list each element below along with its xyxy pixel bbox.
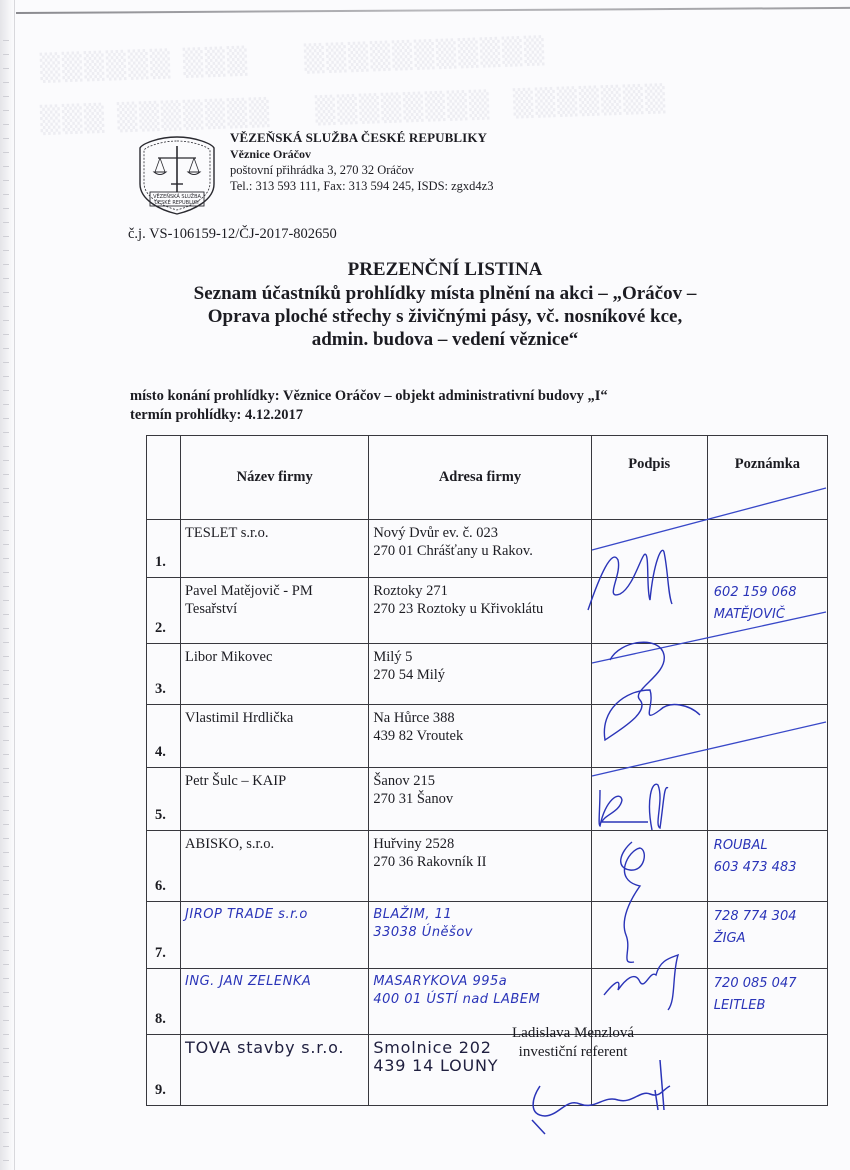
- subtitle-line: Seznam účastníků prohlídky místa plnění …: [100, 282, 790, 305]
- note-cell: [707, 705, 827, 768]
- attendance-table: Název firmy Adresa firmy Podpis Poznámka…: [146, 435, 828, 1106]
- row-number: 3.: [147, 644, 181, 705]
- note-line: 602 159 068: [714, 582, 827, 604]
- scan-edge-tick: [3, 96, 9, 97]
- note-cell: [707, 1035, 827, 1106]
- scan-edge-tick: [3, 572, 9, 573]
- scan-edge-tick: [3, 194, 9, 195]
- scan-edge-tick: [3, 222, 9, 223]
- firm-name-cell: ING. JAN ZELENKA: [181, 969, 369, 1035]
- scan-edge-tick: [3, 40, 9, 41]
- organization-name: VĚZEŇSKÁ SLUŽBA ČESKÉ REPUBLIKY: [230, 130, 493, 146]
- note-cell: [707, 520, 827, 578]
- scan-edge-top: [16, 7, 850, 14]
- scan-edge-tick: [3, 320, 9, 321]
- scan-edge-tick: [3, 1006, 9, 1007]
- scan-edge-tick: [3, 1034, 9, 1035]
- note-line: 720 085 047: [714, 973, 827, 995]
- firm-address-cell-line: 400 01 ÚSTÍ nad LABEM: [373, 991, 590, 1009]
- firm-address-cell-line: 270 23 Roztoky u Křivoklátu: [373, 600, 590, 618]
- note-cell: 602 159 068MATĚJOVIČ: [707, 578, 827, 644]
- row-number: 6.: [147, 831, 181, 902]
- row-number: 2.: [147, 578, 181, 644]
- firm-address-cell: Huřviny 2528270 36 Rakovník II: [369, 831, 591, 902]
- signature-cell: [591, 768, 707, 831]
- scan-edge-tick: [3, 530, 9, 531]
- firm-address-cell-line: 33038 Úněšov: [373, 924, 590, 942]
- scan-edge-tick: [3, 1076, 9, 1077]
- scan-edge-tick: [3, 838, 9, 839]
- note-line: ŽIGA: [714, 928, 827, 950]
- scan-edge-tick: [3, 54, 9, 55]
- subtitle-line: Oprava ploché střechy s živičnými pásy, …: [100, 305, 790, 328]
- scan-edge-tick: [3, 796, 9, 797]
- firm-address-cell: BLAŽIM, 1133038 Úněšov: [369, 902, 591, 969]
- column-header-signature: Podpis: [591, 436, 707, 520]
- bleed-through: ▒▒▒▒▒▒ ▒▒▒ ▒▒▒▒▒▒▒▒▒▒▒: [40, 36, 547, 84]
- scan-edge-tick: [3, 740, 9, 741]
- firm-address-cell-line: 270 31 Šanov: [373, 790, 590, 808]
- firm-address-cell: Šanov 215270 31 Šanov: [369, 768, 591, 831]
- scan-edge-tick: [3, 138, 9, 139]
- scan-edge-tick: [3, 82, 9, 83]
- firm-address-cell-line: 270 01 Chrášťany u Rakov.: [373, 542, 590, 560]
- firm-name-cell-line: ABISKO, s.r.o.: [185, 835, 368, 853]
- scan-edge-tick: [3, 250, 9, 251]
- scan-edge-tick: [3, 166, 9, 167]
- note-line: 728 774 304: [714, 906, 827, 928]
- bleed-through: ▒▒▒ ▒▒▒▒▒▒▒ ▒▒▒▒▒▒▒▒ ▒▒▒▒▒▒▒: [40, 84, 668, 136]
- scan-edge-tick: [3, 236, 9, 237]
- scan-edge-tick: [3, 922, 9, 923]
- scan-edge-tick: [3, 544, 9, 545]
- firm-address-cell-line: Roztoky 271: [373, 582, 590, 600]
- scan-edge-tick: [3, 278, 9, 279]
- table-row: 9.TOVA stavby s.r.o.Smolnice 202439 14 L…: [147, 1035, 828, 1106]
- scan-edge-tick: [3, 936, 9, 937]
- row-number: 7.: [147, 902, 181, 969]
- scan-edge-tick: [3, 768, 9, 769]
- column-header-address: Adresa firmy: [369, 436, 591, 520]
- scan-edge-tick: [3, 558, 9, 559]
- document-title-block: PREZENČNÍ LISTINA Seznam účastníků prohl…: [100, 258, 790, 351]
- row-number: 8.: [147, 969, 181, 1035]
- scan-edge-tick: [3, 68, 9, 69]
- signatory-name: Ladislava Menzlová: [512, 1024, 634, 1043]
- note-cell: [707, 644, 827, 705]
- table-header-row: Název firmy Adresa firmy Podpis Poznámka: [147, 436, 828, 520]
- scan-edge-tick: [3, 698, 9, 699]
- scan-edge-tick: [3, 1020, 9, 1021]
- note-cell: [707, 768, 827, 831]
- scan-edge-tick: [3, 446, 9, 447]
- scan-edge-tick: [3, 208, 9, 209]
- svg-text:VĚZEŇSKÁ SLUŽBA: VĚZEŇSKÁ SLUŽBA: [153, 192, 201, 200]
- scan-edge-tick: [3, 628, 9, 629]
- scan-edge-tick: [3, 684, 9, 685]
- signature-cell: [591, 902, 707, 969]
- firm-address-cell-line: MASARYKOVA 995a: [373, 973, 590, 991]
- scan-edge-tick: [3, 334, 9, 335]
- scan-edge-tick: [3, 964, 9, 965]
- scan-edge-tick: [3, 152, 9, 153]
- column-header-note: Poznámka: [707, 436, 827, 520]
- scan-edge-tick: [3, 670, 9, 671]
- scan-edge-tick: [3, 586, 9, 587]
- row-number: 9.: [147, 1035, 181, 1106]
- scan-edge-tick: [3, 600, 9, 601]
- firm-name-cell-line: Vlastimil Hrdlička: [185, 709, 368, 727]
- column-header-number: [147, 436, 181, 520]
- firm-address-cell-line: 270 36 Rakovník II: [373, 853, 590, 871]
- scan-edge-tick: [3, 390, 9, 391]
- firm-name-cell-line: Libor Mikovec: [185, 648, 368, 666]
- firm-name-cell: Vlastimil Hrdlička: [181, 705, 369, 768]
- row-number: 1.: [147, 520, 181, 578]
- firm-address-cell-line: Milý 5: [373, 648, 590, 666]
- firm-name-cell-line: TOVA stavby s.r.o.: [185, 1039, 368, 1057]
- firm-address-cell-line: Nový Dvůr ev. č. 023: [373, 524, 590, 542]
- firm-address-cell-line: BLAŽIM, 11: [373, 906, 590, 924]
- scan-edge-tick: [3, 110, 9, 111]
- scan-edge-tick: [3, 824, 9, 825]
- firm-name-cell-line: Pavel Matějovič - PM: [185, 582, 368, 600]
- table-row: 3.Libor MikovecMilý 5270 54 Milý: [147, 644, 828, 705]
- firm-address-cell-line: 439 82 Vroutek: [373, 727, 590, 745]
- firm-name-cell: Pavel Matějovič - PMTesařství: [181, 578, 369, 644]
- postal-address: poštovní přihrádka 3, 270 32 Oráčov: [230, 162, 493, 178]
- firm-name-cell-line: Tesařství: [185, 600, 368, 618]
- scan-edge-tick: [3, 978, 9, 979]
- firm-address-cell: Roztoky 271270 23 Roztoky u Křivoklátu: [369, 578, 591, 644]
- signatory-role: investiční referent: [512, 1043, 634, 1062]
- table-row: 2.Pavel Matějovič - PMTesařstvíRoztoky 2…: [147, 578, 828, 644]
- firm-name-cell: TOVA stavby s.r.o.: [181, 1035, 369, 1106]
- table-row: 6.ABISKO, s.r.o.Huřviny 2528270 36 Rakov…: [147, 831, 828, 902]
- scan-edge-tick: [3, 418, 9, 419]
- row-number: 4.: [147, 705, 181, 768]
- note-line: MATĚJOVIČ: [714, 604, 827, 626]
- svg-text:ČESKÉ REPUBLIKY: ČESKÉ REPUBLIKY: [154, 198, 200, 206]
- table-row: 7.JIROP TRADE s.r.oBLAŽIM, 1133038 Úněšo…: [147, 902, 828, 969]
- prison-service-emblem-icon: VĚZEŇSKÁ SLUŽBA ČESKÉ REPUBLIKY: [136, 134, 218, 216]
- reference-number: č.j. VS-106159-12/ČJ-2017-802650: [128, 226, 337, 243]
- unit-name: Věznice Oráčov: [230, 146, 493, 162]
- scan-edge-tick: [3, 1062, 9, 1063]
- scan-edge-tick: [3, 1048, 9, 1049]
- scan-edge-tick: [3, 432, 9, 433]
- column-header-firm: Název firmy: [181, 436, 369, 520]
- firm-name-cell-line: TESLET s.r.o.: [185, 524, 368, 542]
- firm-name-cell: JIROP TRADE s.r.o: [181, 902, 369, 969]
- scan-edge-tick: [3, 656, 9, 657]
- note-cell: 720 085 047LEITLEB: [707, 969, 827, 1035]
- inspection-location: místo konání prohlídky: Věznice Oráčov –…: [130, 387, 608, 406]
- inspection-meta: místo konání prohlídky: Věznice Oráčov –…: [130, 387, 608, 425]
- note-cell: 728 774 304ŽIGA: [707, 902, 827, 969]
- firm-address-cell: Na Hůrce 388439 82 Vroutek: [369, 705, 591, 768]
- scan-edge-tick: [3, 754, 9, 755]
- signature-cell: [591, 578, 707, 644]
- scan-edge-tick: [3, 726, 9, 727]
- signature-cell: [591, 831, 707, 902]
- scan-edge-tick: [3, 1090, 9, 1091]
- scan-edge-left: [0, 0, 15, 1170]
- scan-edge-tick: [3, 810, 9, 811]
- scan-edge-tick: [3, 1160, 9, 1161]
- scan-edge-tick: [3, 516, 9, 517]
- scan-edge-tick: [3, 460, 9, 461]
- firm-address-cell-line: Huřviny 2528: [373, 835, 590, 853]
- inspection-date: termín prohlídky: 4.12.2017: [130, 406, 608, 425]
- scan-edge-tick: [3, 614, 9, 615]
- firm-address-cell: Nový Dvůr ev. č. 023270 01 Chrášťany u R…: [369, 520, 591, 578]
- scan-edge-tick: [3, 1132, 9, 1133]
- firm-name-cell-line: JIROP TRADE s.r.o: [185, 906, 368, 924]
- row-number: 5.: [147, 768, 181, 831]
- note-line: 603 473 483: [714, 857, 827, 879]
- scan-edge-tick: [3, 908, 9, 909]
- firm-name-cell-line: ING. JAN ZELENKA: [185, 973, 368, 991]
- scan-edge-tick: [3, 348, 9, 349]
- signature-cell: [591, 644, 707, 705]
- scan-edge-tick: [3, 866, 9, 867]
- firm-name-cell: ABISKO, s.r.o.: [181, 831, 369, 902]
- firm-name-cell-line: Petr Šulc – KAIP: [185, 772, 368, 790]
- scan-edge-tick: [3, 782, 9, 783]
- scan-edge-tick: [3, 880, 9, 881]
- signature-cell: [591, 705, 707, 768]
- document-title: PREZENČNÍ LISTINA: [100, 258, 790, 282]
- scan-edge-tick: [3, 642, 9, 643]
- table-row: 1.TESLET s.r.o.Nový Dvůr ev. č. 023270 0…: [147, 520, 828, 578]
- scan-edge-tick: [3, 124, 9, 125]
- scan-edge-tick: [3, 1104, 9, 1105]
- table-row: 8.ING. JAN ZELENKAMASARYKOVA 995a400 01 …: [147, 969, 828, 1035]
- contact-line: Tel.: 313 593 111, Fax: 313 594 245, ISD…: [230, 178, 493, 194]
- scan-edge-tick: [3, 474, 9, 475]
- table-row: 4.Vlastimil HrdličkaNa Hůrce 388439 82 V…: [147, 705, 828, 768]
- note-cell: ROUBAL603 473 483: [707, 831, 827, 902]
- note-line: LEITLEB: [714, 995, 827, 1017]
- table-row: 5.Petr Šulc – KAIPŠanov 215270 31 Šanov: [147, 768, 828, 831]
- firm-address-cell: Milý 5270 54 Milý: [369, 644, 591, 705]
- scan-edge-tick: [3, 264, 9, 265]
- scan-edge-tick: [3, 306, 9, 307]
- subtitle-line: admin. budova – vedení věznice“: [100, 328, 790, 351]
- firm-name-cell: Petr Šulc – KAIP: [181, 768, 369, 831]
- firm-name-cell: TESLET s.r.o.: [181, 520, 369, 578]
- signature-cell: [591, 520, 707, 578]
- firm-address-cell-line: Na Hůrce 388: [373, 709, 590, 727]
- signatory-block: Ladislava Menzlová investiční referent: [512, 1024, 634, 1062]
- scan-edge-tick: [3, 712, 9, 713]
- scan-edge-tick: [3, 502, 9, 503]
- scan-edge-tick: [3, 292, 9, 293]
- scan-edge-tick: [3, 1146, 9, 1147]
- scan-edge-tick: [3, 852, 9, 853]
- scan-edge-tick: [3, 404, 9, 405]
- scan-edge-tick: [3, 950, 9, 951]
- scan-edge-tick: [3, 362, 9, 363]
- scan-edge-tick: [3, 894, 9, 895]
- scan-edge-tick: [3, 376, 9, 377]
- note-line: ROUBAL: [714, 835, 827, 857]
- scan-edge-tick: [3, 488, 9, 489]
- firm-address-cell-line: Šanov 215: [373, 772, 590, 790]
- firm-name-cell: Libor Mikovec: [181, 644, 369, 705]
- scan-edge-tick: [3, 992, 9, 993]
- firm-address-cell-line: 270 54 Milý: [373, 666, 590, 684]
- scan-edge-tick: [3, 180, 9, 181]
- scan-edge-tick: [3, 1118, 9, 1119]
